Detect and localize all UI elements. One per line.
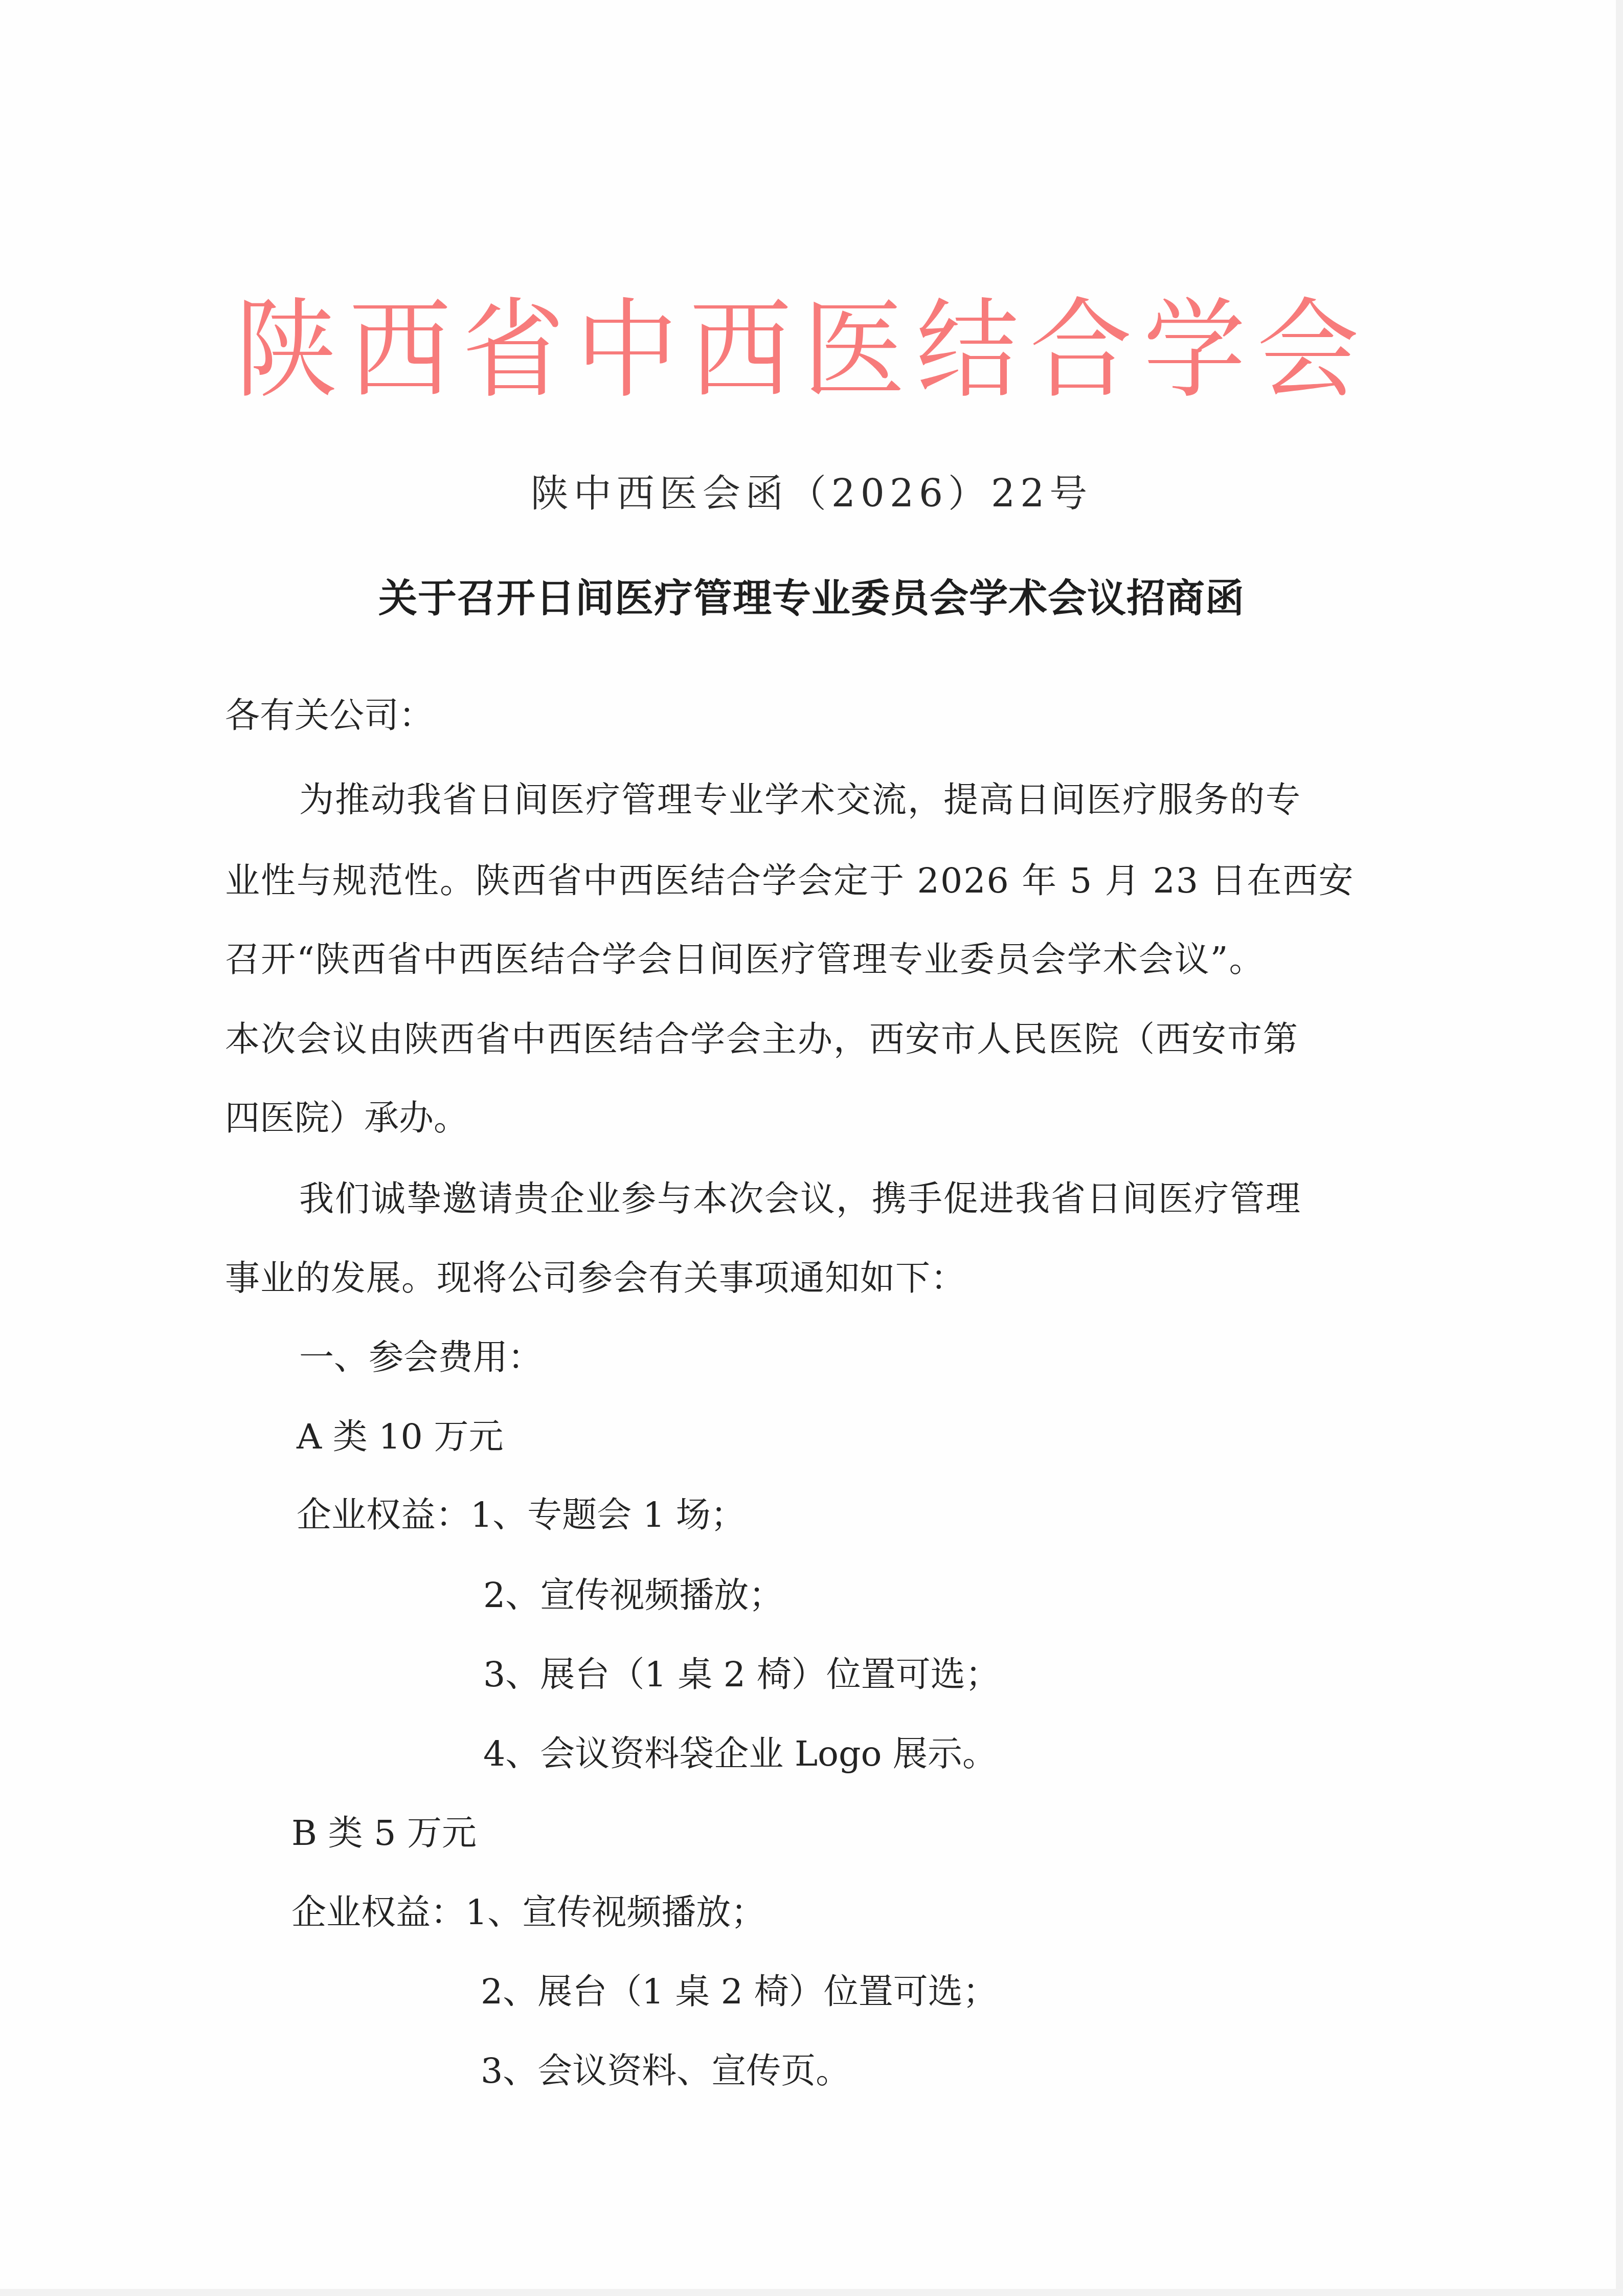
paragraph-2-line-2: 事业的发展。现将公司参会有关事项通知如下：: [225, 1256, 966, 1302]
paragraph-1-line-1: 为推动我省日间医疗管理专业学术交流，提高日间医疗服务的专: [299, 777, 1301, 823]
tier-a-benefit-3: 3、展台（1 桌 2 椅）位置可选；: [483, 1652, 1000, 1698]
tier-a-benefit-2: 2、宣传视频播放；: [483, 1573, 783, 1619]
benefits-label: 企业权益：: [297, 1495, 470, 1535]
document-title: 关于召开日间医疗管理专业委员会学术会议招商函: [0, 570, 1623, 627]
scan-edge-bottom: [0, 2289, 1623, 2296]
tier-a-heading: A 类 10 万元: [297, 1414, 503, 1460]
tier-b-heading: B 类 5 万元: [291, 1811, 477, 1857]
document-number: 陕中西医会函（2026）22号: [0, 468, 1623, 519]
scan-edge-right: [1616, 0, 1623, 2296]
tier-b-benefit-3: 3、会议资料、宣传页。: [481, 2048, 850, 2094]
benefit-item: 1、宣传视频播放；: [465, 1892, 765, 1933]
tier-b-benefit-1: 企业权益：1、宣传视频播放；: [291, 1890, 765, 1936]
section-1-heading: 一、参会费用：: [299, 1335, 543, 1381]
organization-letterhead: 陕西省中西医结合学会: [235, 286, 1381, 415]
paragraph-1-line-5: 四医院）承办。: [225, 1096, 468, 1142]
benefit-item: 1、专题会 1 场；: [470, 1495, 746, 1535]
paragraph-1-line-4: 本次会议由陕西省中西医结合学会主办，西安市人民医院（西安市第: [225, 1017, 1299, 1063]
paragraph-1-line-2: 业性与规范性。陕西省中西医结合学会定于 2026 年 5 月 23 日在西安: [225, 858, 1355, 904]
benefits-label: 企业权益：: [291, 1892, 465, 1933]
salutation: 各有关公司：: [225, 693, 434, 739]
tier-a-benefit-1: 企业权益：1、专题会 1 场；: [297, 1492, 746, 1539]
tier-a-benefit-4: 4、会议资料袋企业 Logo 展示。: [483, 1731, 997, 1777]
paragraph-1-line-3: 召开“陕西省中西医结合学会日间医疗管理专业委员会学术会议”。: [225, 937, 1265, 983]
document-page: 陕西省中西医结合学会 陕中西医会函（2026）22号 关于召开日间医疗管理专业委…: [0, 0, 1623, 2296]
paragraph-2-line-1: 我们诚挚邀请贵企业参与本次会议，携手促进我省日间医疗管理: [299, 1176, 1301, 1222]
tier-b-benefit-2: 2、展台（1 桌 2 椅）位置可选；: [481, 1969, 998, 2015]
